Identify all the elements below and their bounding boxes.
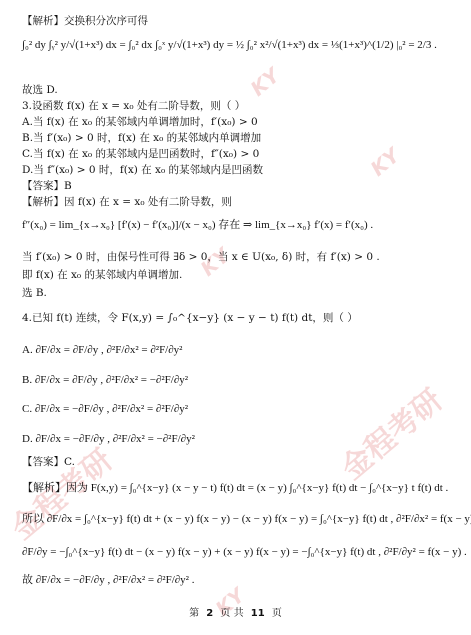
question-3-option-b: B.当 f′(x₀) > 0 时，f(x) 在 x₀ 的某邻域内单调增加	[22, 131, 261, 145]
watermark-logo: KY	[366, 143, 404, 181]
question-3-analysis: 【解析】因 f(x) 在 x = x₀ 处有二阶导数，则	[22, 195, 232, 209]
question-3-answer: 【答案】B	[22, 179, 72, 193]
sign-preservation-text: 当 f′(x₀) > 0 时，由保号性可得 ∃δ > 0，当 x ∈ U(x₀,…	[22, 250, 380, 264]
page-footer: 第 2 页 共 11 页	[0, 604, 471, 619]
footer-mid: 页 共	[220, 608, 243, 619]
question-3-option-a: A.当 f(x) 在 x₀ 的某邻域内单调增加时，f′(x₀) > 0	[22, 115, 258, 129]
watermark-text: 金程考研	[330, 377, 450, 488]
footer-suffix: 页	[272, 608, 282, 619]
question-4: 4.已知 f(t) 连续，令 F(x,y) = ∫₀^{x−y} (x − y …	[22, 311, 358, 325]
answer-choice-q2: 故选 D.	[22, 83, 58, 97]
question-3: 3.设函数 f(x) 在 x = x₀ 处有二阶导数，则（ ）	[22, 99, 245, 113]
question-3-option-d: D.当 f″(x₀) > 0 时，f(x) 在 x₀ 的某邻域内是凹函数	[22, 163, 263, 177]
total-pages: 11	[251, 608, 265, 619]
watermark-logo: KY	[246, 63, 284, 101]
question-4-option-a: A. ∂F/∂x = ∂F/∂y , ∂²F/∂x² = ∂²F/∂y²	[22, 343, 182, 357]
equation-partial-y: ∂F/∂y = −∫₀^{x−y} f(t) dt − (x − y) f(x …	[22, 545, 467, 559]
question-4-analysis: 【解析】因为 F(x,y) = ∫₀^{x−y} (x − y − t) f(t…	[22, 481, 448, 495]
equation-integral-swap: ∫₀² dy ∫ᵧ² y/√(1+x³) dx = ∫₀² dx ∫₀ˣ y/√…	[22, 38, 437, 52]
analysis-heading-2: 【解析】交换积分次序可得	[22, 14, 148, 28]
equation-second-derivative-limit: f″(x₀) = lim_{x→x₀} [f′(x) − f′(x₀)]/(x …	[22, 218, 373, 232]
equation-partial-x: 所以 ∂F/∂x = ∫₀^{x−y} f(t) dt + (x − y) f(…	[22, 512, 471, 526]
question-4-conclusion: 故 ∂F/∂x = −∂F/∂y , ∂²F/∂x² = ∂²F/∂y² .	[22, 573, 194, 587]
monotonic-conclusion: 即 f(x) 在 x₀ 的某邻域内单调增加.	[22, 268, 182, 282]
page-number: 2	[206, 608, 213, 619]
document-page: KY KY 金程考研 KY 金程考研 KY 【解析】交换积分次序可得 ∫₀² d…	[0, 0, 471, 635]
question-3-option-c: C.当 f(x) 在 x₀ 的某邻域内是凹函数时，f″(x₀) > 0	[22, 147, 259, 161]
question-4-answer: 【答案】C.	[22, 455, 75, 469]
footer-prefix: 第	[189, 608, 199, 619]
question-4-option-d: D. ∂F/∂x = −∂F/∂y , ∂²F/∂x² = −∂²F/∂y²	[22, 432, 195, 446]
answer-choice-q3: 选 B.	[22, 286, 47, 300]
question-4-option-b: B. ∂F/∂x = ∂F/∂y , ∂²F/∂x² = −∂²F/∂y²	[22, 373, 188, 387]
question-4-option-c: C. ∂F/∂x = −∂F/∂y , ∂²F/∂x² = ∂²F/∂y²	[22, 402, 188, 416]
